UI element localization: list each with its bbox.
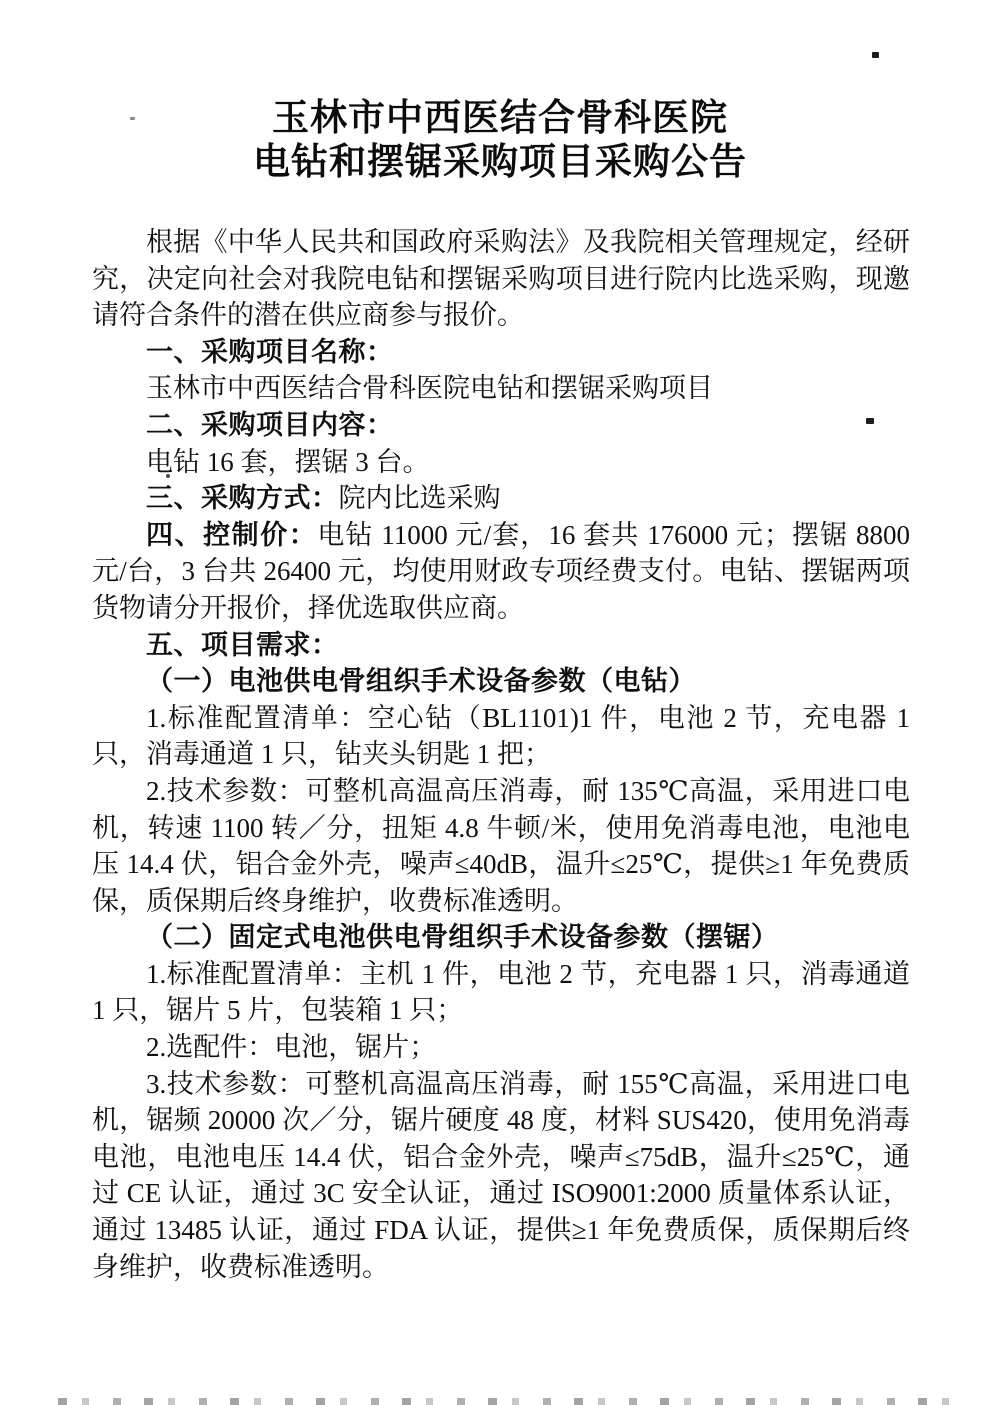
text-run: 电钻 16 套，摆锯 3 台。 [146, 447, 430, 477]
paragraph: 1.标准配置清单：主机 1 件，电池 2 节，充电器 1 只，消毒通道 1 只，… [92, 956, 910, 1029]
text-run: 院内比选采购 [339, 483, 501, 513]
scan-speck [872, 52, 879, 58]
text-run: 2.技术参数：可整机高温高压消毒，耐 135℃高温，采用进口电机，转速 1100… [92, 776, 910, 916]
text-run: 2.选配件：电池，锯片； [146, 1032, 436, 1062]
paragraph: 二、采购项目内容： [92, 407, 910, 444]
title-line-1: 玉林市中西医结合骨科医院 [0, 97, 1000, 141]
heading-run: （一）电池供电骨组织手术设备参数（电钻） [146, 666, 696, 696]
text-run: 玉林市中西医结合骨科医院电钻和摆锯采购项目 [146, 373, 713, 403]
paragraph: 电钻 16 套，摆锯 3 台。 [92, 444, 910, 481]
scan-speck [166, 474, 170, 478]
paragraph: 3.技术参数：可整机高温高压消毒，耐 155℃高温，采用进口电机，锯频 2000… [92, 1066, 910, 1286]
heading-run: （二）固定式电池供电骨组织手术设备参数（摆锯） [146, 922, 779, 952]
heading-run: 三、采购方式： [146, 483, 339, 513]
scan-speck [866, 418, 874, 424]
heading-run: 二、采购项目内容： [146, 410, 394, 440]
text-run: 3.技术参数：可整机高温高压消毒，耐 155℃高温，采用进口电机，锯频 2000… [92, 1069, 910, 1282]
text-run: 根据《中华人民共和国政府采购法》及我院相关管理规定，经研究，决定向社会对我院电钻… [92, 227, 910, 330]
paragraph: 2.技术参数：可整机高温高压消毒，耐 135℃高温，采用进口电机，转速 1100… [92, 773, 910, 919]
document-page: 玉林市中西医结合骨科医院 电钻和摆锯采购项目采购公告 根据《中华人民共和国政府采… [0, 0, 1000, 1405]
paragraph: 2.选配件：电池，锯片； [92, 1029, 910, 1066]
paragraph: （一）电池供电骨组织手术设备参数（电钻） [92, 663, 910, 700]
heading-run: 五、项目需求： [146, 630, 339, 660]
paragraph: 四、控制价：电钻 11000 元/套，16 套共 176000 元；摆锯 880… [92, 517, 910, 627]
document-title: 玉林市中西医结合骨科医院 电钻和摆锯采购项目采购公告 [0, 97, 1000, 185]
title-line-2: 电钻和摆锯采购项目采购公告 [0, 141, 1000, 185]
heading-run: 一、采购项目名称： [146, 337, 394, 367]
paragraph: 三、采购方式：院内比选采购 [92, 480, 910, 517]
paragraph: 玉林市中西医结合骨科医院电钻和摆锯采购项目 [92, 370, 910, 407]
cutoff-text-artifact [58, 1398, 958, 1405]
document-body: 根据《中华人民共和国政府采购法》及我院相关管理规定，经研究，决定向社会对我院电钻… [92, 224, 910, 1285]
scan-speck [130, 117, 135, 120]
paragraph: 一、采购项目名称： [92, 334, 910, 371]
text-run: 1.标准配置清单：主机 1 件，电池 2 节，充电器 1 只，消毒通道 1 只，… [92, 959, 910, 1026]
paragraph: （二）固定式电池供电骨组织手术设备参数（摆锯） [92, 919, 910, 956]
heading-run: 四、控制价： [146, 520, 317, 550]
paragraph: 五、项目需求： [92, 627, 910, 664]
paragraph: 1.标准配置清单：空心钻（BL1101)1 件，电池 2 节，充电器 1 只，消… [92, 700, 910, 773]
paragraph: 根据《中华人民共和国政府采购法》及我院相关管理规定，经研究，决定向社会对我院电钻… [92, 224, 910, 334]
text-run: 1.标准配置清单：空心钻（BL1101)1 件，电池 2 节，充电器 1 只，消… [92, 703, 910, 770]
